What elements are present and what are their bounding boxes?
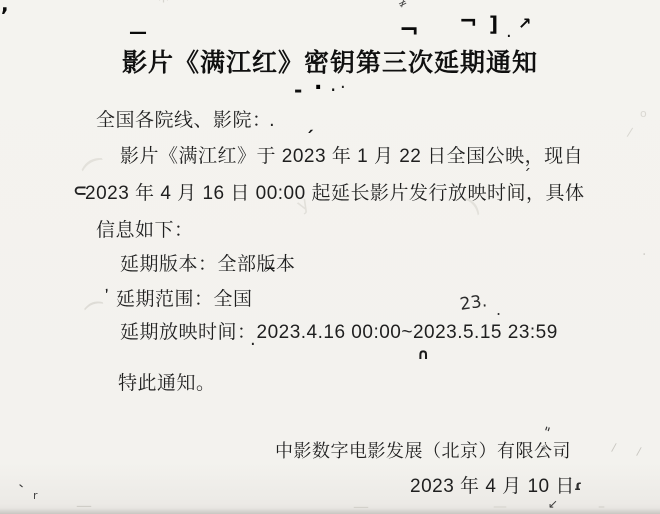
body-line-extension-info: 2023 年 4 月 16 日 00:00 起延长影片发行放映时间，具体 bbox=[85, 183, 584, 206]
scan-noise-mark: , bbox=[1, 0, 9, 14]
scan-noise-mark: ( bbox=[77, 152, 105, 174]
scan-noise-mark: ` bbox=[18, 483, 29, 500]
scan-bottom-edge bbox=[0, 508, 660, 514]
body-line-release-info: 影片《满江红》于 2023 年 1 月 22 日全国公映，现自 bbox=[120, 146, 583, 169]
salutation-line: 全国各院线、影院： bbox=[96, 110, 272, 133]
closing-line: 特此通知。 bbox=[118, 373, 216, 396]
detail-version-line: 延期版本：全部版本 bbox=[120, 254, 296, 277]
scan-noise-mark: / bbox=[611, 442, 617, 454]
scan-noise-mark: " bbox=[541, 425, 551, 440]
notice-title: 影片《满江红》密钥第三次延期通知 bbox=[0, 43, 660, 79]
scan-noise-mark: ( bbox=[80, 297, 104, 313]
scan-noise-mark: ↗ bbox=[518, 16, 531, 32]
scan-noise-mark: / bbox=[636, 446, 642, 458]
scan-noise-mark: · bbox=[330, 80, 336, 100]
scan-noise-mark: . bbox=[496, 302, 501, 318]
scan-noise-mark: · bbox=[642, 248, 646, 262]
detail-time-line: 延期放映时间：2023.4.16 00:00~2023.5.15 23:59 bbox=[120, 322, 558, 345]
scan-noise-mark: ɾ bbox=[574, 480, 582, 493]
detail-scope-line: 延期范围：全国 bbox=[116, 289, 253, 312]
scanned-notice-document: 影片《满江红》密钥第三次延期通知 全国各院线、影院： 影片《满江红》于 2023… bbox=[0, 0, 660, 514]
scan-noise-mark: ≠ bbox=[396, 0, 409, 10]
scan-noise-mark: ¬ bbox=[459, 12, 477, 34]
scan-noise-mark: o bbox=[640, 108, 647, 119]
scan-noise-mark: / bbox=[627, 126, 634, 139]
scan-noise-mark: ∩ bbox=[417, 347, 429, 362]
scan-noise-mark: - bbox=[294, 80, 302, 100]
scan-noise-mark: 23. bbox=[459, 293, 488, 314]
scan-noise-mark: , bbox=[101, 278, 110, 295]
scan-noise-mark: r bbox=[33, 490, 38, 501]
scan-noise-mark: — bbox=[129, 24, 147, 42]
body-line-details-intro: 信息如下： bbox=[96, 220, 194, 243]
scan-noise-mark: * bbox=[158, 0, 169, 14]
scan-noise-mark: ¬ bbox=[399, 18, 419, 42]
signature-date-line: 2023 年 4 月 10 日 bbox=[410, 476, 575, 499]
signature-company-line: 中影数字电影发展（北京）有限公司 bbox=[275, 441, 571, 463]
scan-noise-mark: ´ bbox=[523, 168, 531, 184]
scan-noise-mark: ] bbox=[489, 14, 498, 34]
